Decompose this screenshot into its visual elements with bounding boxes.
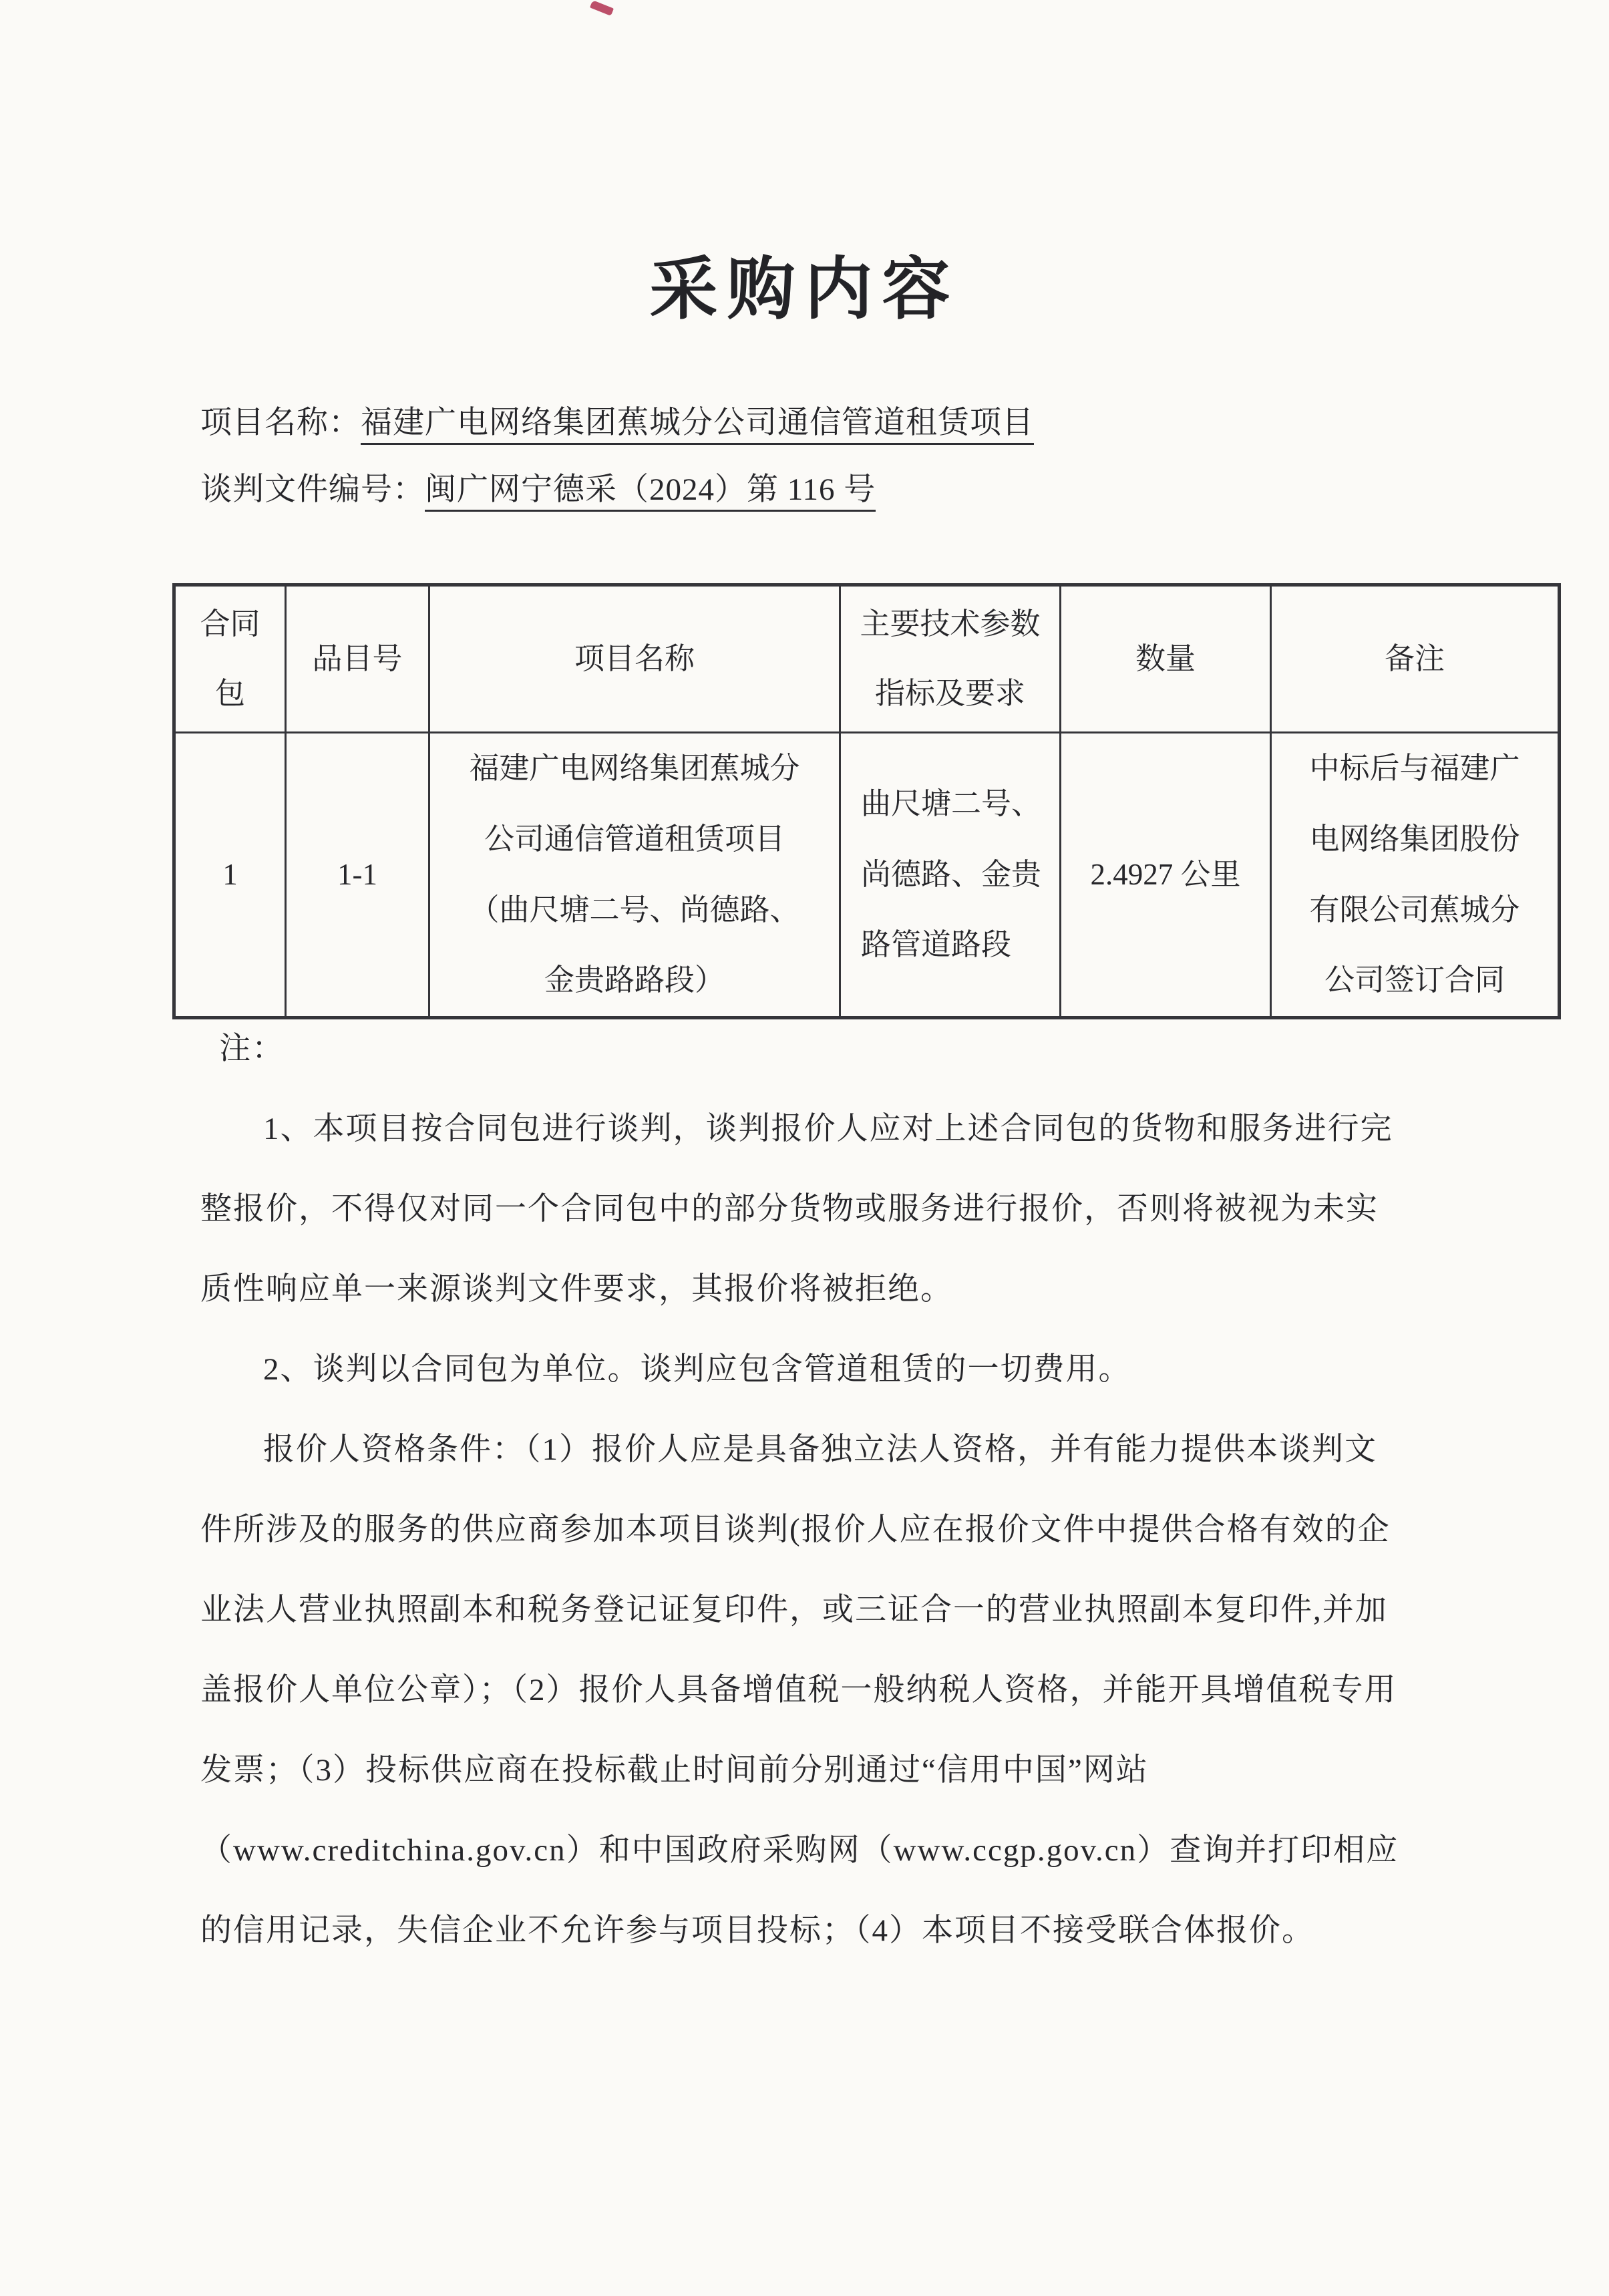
- scanned-document-page: 采购内容 项目名称：福建广电网络集团蕉城分公司通信管道租赁项目 谈判文件编号：闽…: [0, 0, 1609, 2296]
- notes-section: 注： 1、本项目按合同包进行谈判，谈判报价人应对上述合同包的货物和服务进行完整报…: [200, 1009, 1409, 1971]
- notes-label: 注：: [200, 1009, 1409, 1089]
- page-title: 采购内容: [0, 235, 1609, 333]
- cell-contract-package: 1: [174, 733, 286, 1018]
- cell-item-number: 1-1: [286, 733, 429, 1018]
- doc-number-line: 谈判文件编号：闽广网宁德采（2024）第 116 号: [200, 456, 1469, 523]
- col-header-tech-params: 主要技术参数指标及要求: [840, 585, 1061, 733]
- header-row: 合同包 品目号 项目名称 主要技术参数指标及要求 数量 备注: [174, 585, 1560, 733]
- doc-number-label: 谈判文件编号：: [200, 472, 425, 507]
- table-row: 1 1-1 福建广电网络集团蕉城分公司通信管道租赁项目（曲尺塘二号、尚德路、金贵…: [174, 733, 1560, 1018]
- cell-quantity: 2.4927 公里: [1061, 733, 1271, 1018]
- col-header-remarks: 备注: [1271, 585, 1560, 733]
- procurement-table: 合同包 品目号 项目名称 主要技术参数指标及要求 数量 备注 1 1-1 福建广…: [172, 583, 1561, 1019]
- project-name-line: 项目名称：福建广电网络集团蕉城分公司通信管道租赁项目: [200, 389, 1469, 456]
- cell-tech-params: 曲尺塘二号、尚德路、金贵路管道路段: [840, 733, 1061, 1018]
- cell-project-name: 福建广电网络集团蕉城分公司通信管道租赁项目（曲尺塘二号、尚德路、金贵路路段）: [429, 733, 840, 1018]
- col-header-project-name: 项目名称: [429, 585, 840, 733]
- note-item-1: 1、本项目按合同包进行谈判，谈判报价人应对上述合同包的货物和服务进行完整报价，不…: [200, 1089, 1409, 1329]
- meta-block: 项目名称：福建广电网络集团蕉城分公司通信管道租赁项目 谈判文件编号：闽广网宁德采…: [200, 389, 1469, 523]
- scan-artifact-mark: [590, 0, 614, 16]
- col-header-quantity: 数量: [1061, 585, 1271, 733]
- procurement-table-header: 合同包 品目号 项目名称 主要技术参数指标及要求 数量 备注: [174, 585, 1560, 733]
- note-item-2: 2、谈判以合同包为单位。谈判应包含管道租赁的一切费用。: [200, 1329, 1409, 1410]
- note-item-3: 报价人资格条件：（1）报价人应是具备独立法人资格，并有能力提供本谈判文件所涉及的…: [200, 1410, 1409, 1971]
- col-header-item-number: 品目号: [286, 585, 429, 733]
- project-name-value: 福建广电网络集团蕉城分公司通信管道租赁项目: [361, 405, 1034, 445]
- project-name-label: 项目名称：: [200, 405, 361, 440]
- col-header-contract-package: 合同包: [174, 585, 286, 733]
- doc-number-value: 闽广网宁德采（2024）第 116 号: [425, 472, 876, 512]
- cell-remarks: 中标后与福建广电网络集团股份有限公司蕉城分公司签订合同: [1271, 733, 1560, 1018]
